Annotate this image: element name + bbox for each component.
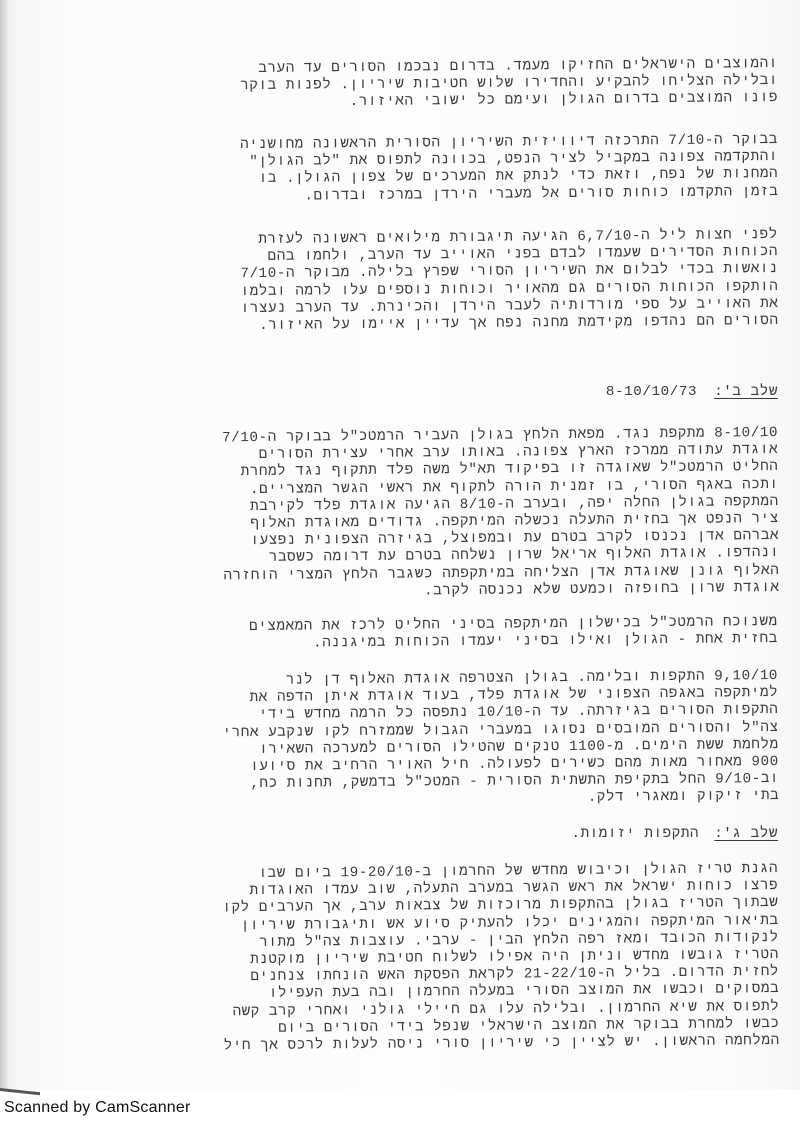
paragraph-counterattack: 8-10/10 מתקפת נגד. מפאת הלחץ בגולן העביר… xyxy=(222,425,780,602)
paragraph-attacks-and-holding: 9,10/10 התקפות ובלימה. בגולן הצטרפה אוגד… xyxy=(222,668,779,811)
paragraph-golan-south: והמוצבים הישראלים החזיקו מעמד. בדרום נבכ… xyxy=(240,56,778,113)
text-line: בחזית אחת - הגולן ואילו בסיני יעמדו הכוח… xyxy=(250,631,779,653)
page-bottom-edge xyxy=(0,1088,40,1095)
section-c-title: התקפות יזומות. xyxy=(571,826,699,842)
paragraph-reserve-reinforcements: לפני חצות ליל ה-6,7/10 הגיעה תיגבורת מיל… xyxy=(240,227,779,335)
section-b-dates: 8-10/10/73 xyxy=(606,384,697,400)
page-edge-shadow xyxy=(0,0,8,1090)
paragraph-syrian-division-advance: בבוקר ה-7/10 התרכזה דיוויזית השיריון הסו… xyxy=(240,132,778,206)
section-c-heading: שלב ג': התקפות יזומות. xyxy=(571,826,778,842)
section-b-label: שלב ב': xyxy=(714,384,778,400)
section-b-heading: שלב ב': 8-10/10/73 xyxy=(606,384,778,400)
paragraph-golan-wedge-hermon: הגנת טריז הגולן וכיבוש מחדש של החרמון ב-… xyxy=(222,861,780,1055)
scanned-page: והמוצבים הישראלים החזיקו מעמד. בדרום נבכ… xyxy=(0,0,800,1090)
section-c-label: שלב ג': xyxy=(714,826,778,842)
camscanner-watermark: Scanned by CamScanner xyxy=(4,1099,191,1117)
paragraph-chief-of-staff-decision: משנוכח הרמטכ"ל בכישלון המיתקפה בסיני החל… xyxy=(249,614,778,653)
